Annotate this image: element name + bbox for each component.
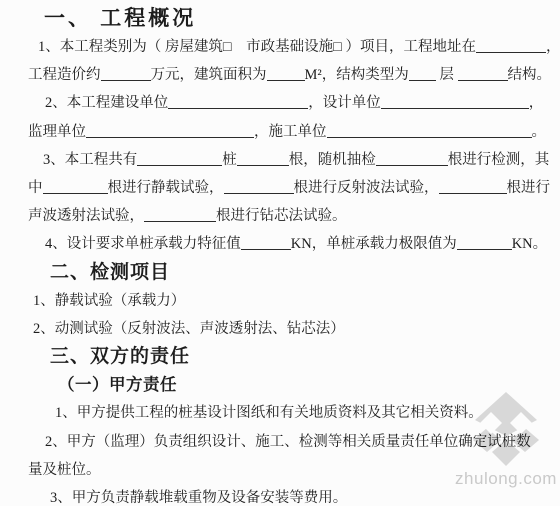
text-run: 声波透射法试验， <box>28 208 144 224</box>
text-run: ， <box>529 95 544 111</box>
text-run: 1、本工程类别为（ 房屋建筑□ 市政基础设施□ ）项目，工程地址在 <box>38 39 476 55</box>
text-run: 一、 工程概况 <box>44 6 196 30</box>
text-run: 3、本工程共有 <box>43 152 137 168</box>
doc-line: 2、甲方（监理）负责组织设计、施工、检测等相关质量责任单位确定试桩数 <box>45 428 560 456</box>
text-run: 根，随机抽检 <box>289 152 376 168</box>
text-run: 三、双方的责任 <box>50 346 190 367</box>
blank-underline-field <box>168 94 308 109</box>
doc-line: 工程造价约万元，建筑面积为M²，结构类型为 层 结构。 <box>28 61 560 89</box>
doc-line: 1、静载试验（承载力） <box>33 287 560 315</box>
document-page: zhulong.com 一、 工程概况1、本工程类别为（ 房屋建筑□ 市政基础设… <box>0 0 560 506</box>
text-run: 2、动测试验（反射波法、声波透射法、钻芯法） <box>33 321 345 337</box>
text-run: 3、甲方负责静载堆载重物及设备安装等费用。 <box>50 490 347 506</box>
blank-underline-field <box>267 66 305 81</box>
doc-line: 2、动测试验（反射波法、声波透射法、钻芯法） <box>33 315 560 343</box>
doc-line: 1、本工程类别为（ 房屋建筑□ 市政基础设施□ ）项目，工程地址在， <box>38 33 560 61</box>
blank-underline-field <box>439 179 507 194</box>
blank-underline-field <box>381 94 529 109</box>
text-run: ，施工单位 <box>254 124 327 140</box>
text-run: ，设计单位 <box>308 95 381 111</box>
doc-line: 1、甲方提供工程的桩基设计图纸和有关地质资料及其它相关资料。 <box>55 399 560 427</box>
text-run: M²，结构类型为 <box>305 67 409 83</box>
text-run: 根进行钻芯法试验。 <box>216 208 347 224</box>
doc-heading: 二、检测项目 <box>50 259 560 287</box>
text-run: KN。 <box>512 236 547 252</box>
blank-underline-field <box>144 207 216 222</box>
text-run: 二、检测项目 <box>50 262 170 283</box>
blank-underline-field <box>376 151 448 166</box>
text-run: 监理单位 <box>28 124 86 140</box>
blank-underline-field <box>457 235 512 250</box>
doc-line: 3、甲方负责静载堆载重物及设备安装等费用。 <box>50 484 560 506</box>
text-run: 2、本工程建设单位 <box>45 95 168 111</box>
blank-underline-field <box>86 123 254 138</box>
doc-heading: （一）甲方责任 <box>58 371 560 399</box>
blank-underline-field <box>237 151 289 166</box>
text-run: 结构。 <box>508 67 552 83</box>
doc-heading: 一、 工程概况 <box>44 3 560 33</box>
text-run: 工程造价约 <box>28 67 101 83</box>
blank-underline-field <box>241 235 291 250</box>
doc-heading: 三、双方的责任 <box>50 343 560 371</box>
doc-line: 2、本工程建设单位，设计单位， <box>45 89 560 117</box>
doc-line: 监理单位，施工单位。 <box>28 118 560 146</box>
text-run: 根进行反射波法试验， <box>294 180 439 196</box>
blank-underline-field <box>458 66 508 81</box>
text-run: KN，单桩承载力极限值为 <box>291 236 457 252</box>
text-run: （一）甲方责任 <box>58 375 177 394</box>
text-run: 量及桩位。 <box>28 462 101 478</box>
doc-line: 量及桩位。 <box>28 456 560 484</box>
text-run: 层 <box>436 67 458 83</box>
text-run: 4、设计要求单桩承载力特征值 <box>45 236 241 252</box>
doc-line: 3、本工程共有桩根，随机抽检根进行检测，其 <box>43 146 560 174</box>
blank-underline-field <box>476 38 546 53</box>
text-run: 。 <box>532 124 547 140</box>
blank-underline-field <box>224 179 294 194</box>
text-run: 2、甲方（监理）负责组织设计、施工、检测等相关质量责任单位确定试桩数 <box>45 434 531 450</box>
blank-underline-field <box>101 66 151 81</box>
blank-underline-field <box>43 179 108 194</box>
document-body: 一、 工程概况1、本工程类别为（ 房屋建筑□ 市政基础设施□ ）项目，工程地址在… <box>0 0 560 506</box>
text-run: 1、甲方提供工程的桩基设计图纸和有关地质资料及其它相关资料。 <box>55 405 483 421</box>
text-run: 根进行静载试验， <box>108 180 224 196</box>
text-run: 万元，建筑面积为 <box>151 67 267 83</box>
blank-underline-field <box>409 66 436 81</box>
text-run: 中 <box>28 180 43 196</box>
doc-line: 4、设计要求单桩承载力特征值KN，单桩承载力极限值为KN。 <box>45 230 560 258</box>
doc-line: 中根进行静载试验，根进行反射波法试验，根进行 <box>28 174 560 202</box>
text-run: 根进行 <box>507 180 551 196</box>
blank-underline-field <box>137 151 222 166</box>
text-run: 桩 <box>222 152 237 168</box>
text-run: 1、静载试验（承载力） <box>33 293 185 309</box>
text-run: 根进行检测，其 <box>448 152 550 168</box>
blank-underline-field <box>327 123 532 138</box>
doc-line: 声波透射法试验，根进行钻芯法试验。 <box>28 202 560 230</box>
text-run: ， <box>546 39 560 55</box>
